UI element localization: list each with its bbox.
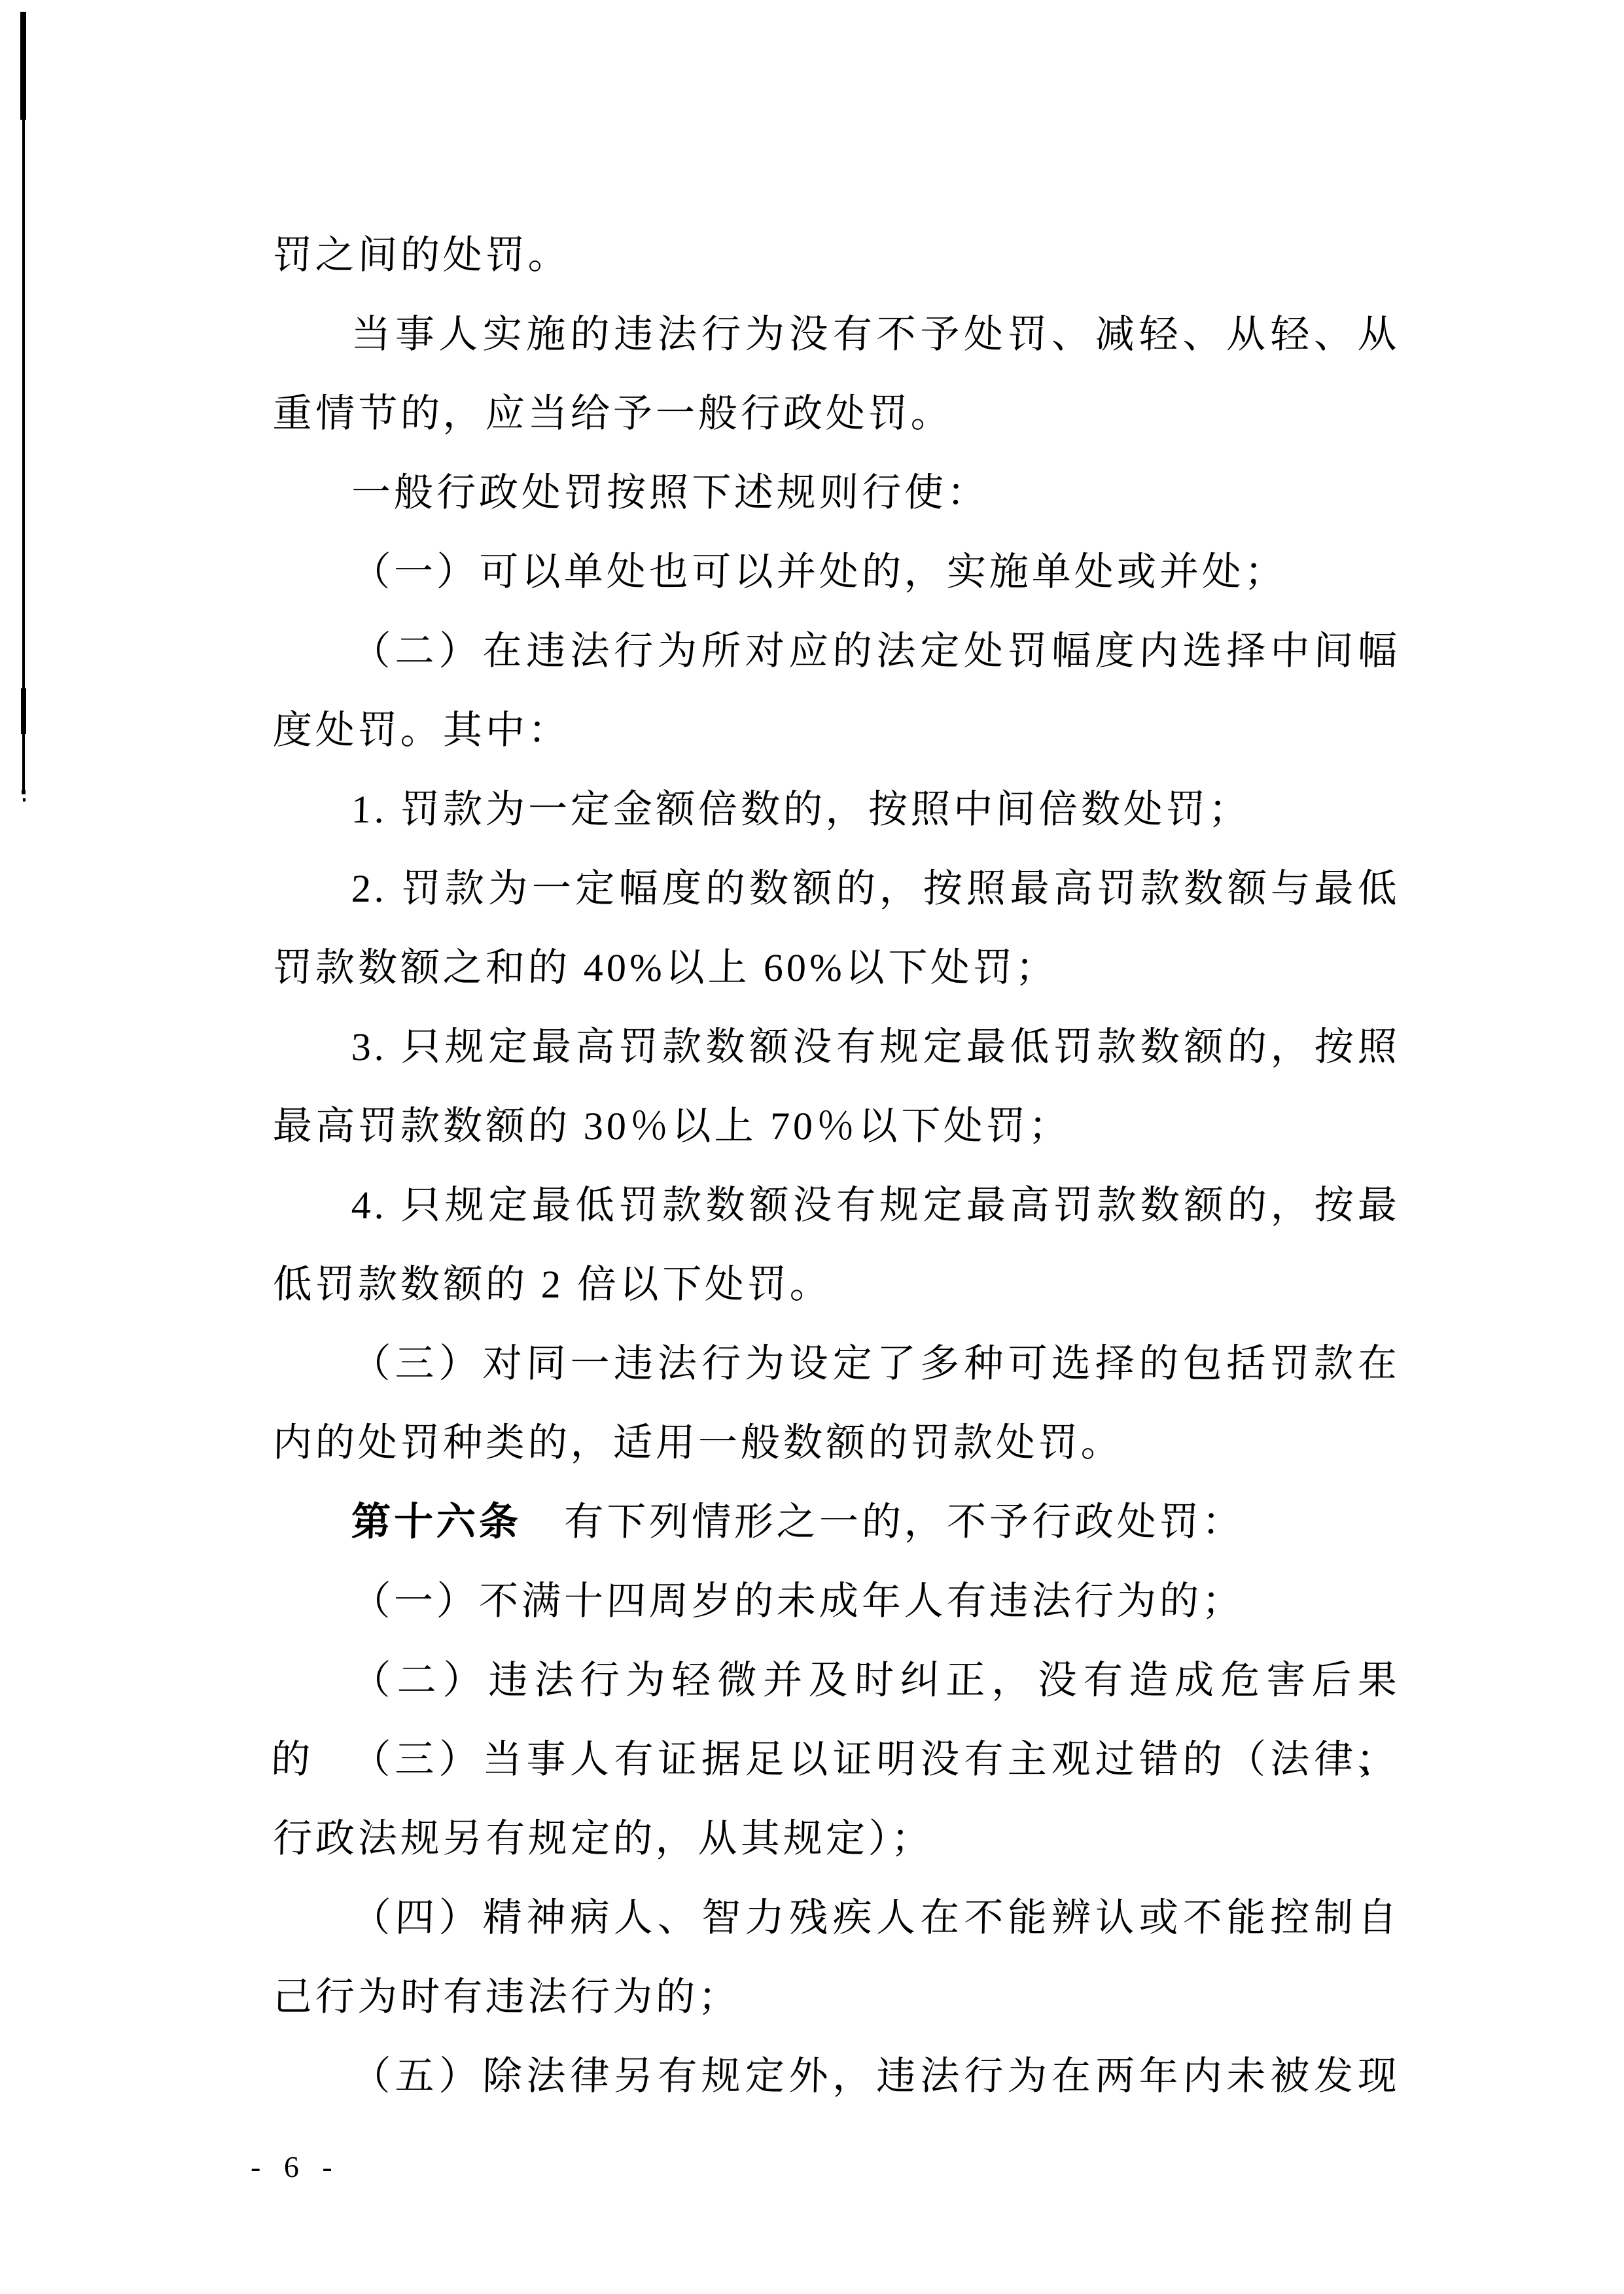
- left-margin-scan-line-thick: [20, 12, 26, 120]
- text-line: （二）在违法行为所对应的法定处罚幅度内选择中间幅: [272, 612, 1402, 691]
- page-number: - 6 -: [251, 2147, 340, 2187]
- scan-speck: [22, 790, 26, 794]
- text-line: （三）当事人有证据足以证明没有主观过错的（法律、: [272, 1720, 1402, 1799]
- text-line: 最高罚款数额的 30％以上 70％以下处罚；: [272, 1087, 1402, 1166]
- text-line: 2. 罚款为一定幅度的数额的，按照最高罚款数额与最低: [272, 849, 1402, 928]
- text-line: （一）可以单处也可以并处的，实施单处或并处；: [272, 533, 1402, 612]
- text-line: 低罚款数额的 2 倍以下处罚。: [272, 1245, 1402, 1324]
- text-line: 重情节的，应当给予一般行政处罚。: [272, 374, 1402, 453]
- text-line: 3. 只规定最高罚款数额没有规定最低罚款数额的，按照: [272, 1008, 1402, 1087]
- text-line: 1. 罚款为一定金额倍数的，按照中间倍数处罚；: [272, 770, 1402, 849]
- text-line: 度处罚。其中：: [272, 691, 1402, 770]
- text-line: 4. 只规定最低罚款数额没有规定最高罚款数额的，按最: [272, 1166, 1402, 1245]
- text-line: 行政法规另有规定的，从其规定）；: [272, 1799, 1402, 1879]
- text-line: 一般行政处罚按照下述规则行使：: [272, 453, 1402, 533]
- text-line: 当事人实施的违法行为没有不予处罚、减轻、从轻、从: [272, 295, 1402, 374]
- text-line: 罚款数额之和的 40%以上 60%以下处罚；: [272, 928, 1402, 1008]
- text-line: （二）违法行为轻微并及时纠正，没有造成危害后果的；: [272, 1641, 1402, 1720]
- text-line: 罚之间的处罚。: [272, 216, 1402, 295]
- article-heading: 第十六条: [351, 1500, 521, 1544]
- text-line: 内的处罚种类的，适用一般数额的罚款处罚。: [272, 1403, 1402, 1483]
- document-body: 罚之间的处罚。当事人实施的违法行为没有不予处罚、减轻、从轻、从重情节的，应当给予…: [273, 216, 1400, 2116]
- scan-speck: [23, 798, 26, 802]
- document-page: 罚之间的处罚。当事人实施的违法行为没有不予处罚、减轻、从轻、从重情节的，应当给予…: [0, 0, 1624, 2294]
- text-line: （三）对同一违法行为设定了多种可选择的包括罚款在: [272, 1324, 1402, 1403]
- text-line: （五）除法律另有规定外，违法行为在两年内未被发现: [272, 2037, 1402, 2116]
- left-margin-scan-blob: [21, 688, 26, 734]
- text-line: 第十六条 有下列情形之一的，不予行政处罚：: [272, 1483, 1402, 1562]
- text-line: 己行为时有违法行为的；: [272, 1958, 1402, 2037]
- left-margin-scan-line: [22, 12, 25, 790]
- text-line: （一）不满十四周岁的未成年人有违法行为的；: [272, 1562, 1402, 1641]
- text-line: （四）精神病人、智力残疾人在不能辨认或不能控制自: [272, 1879, 1402, 1958]
